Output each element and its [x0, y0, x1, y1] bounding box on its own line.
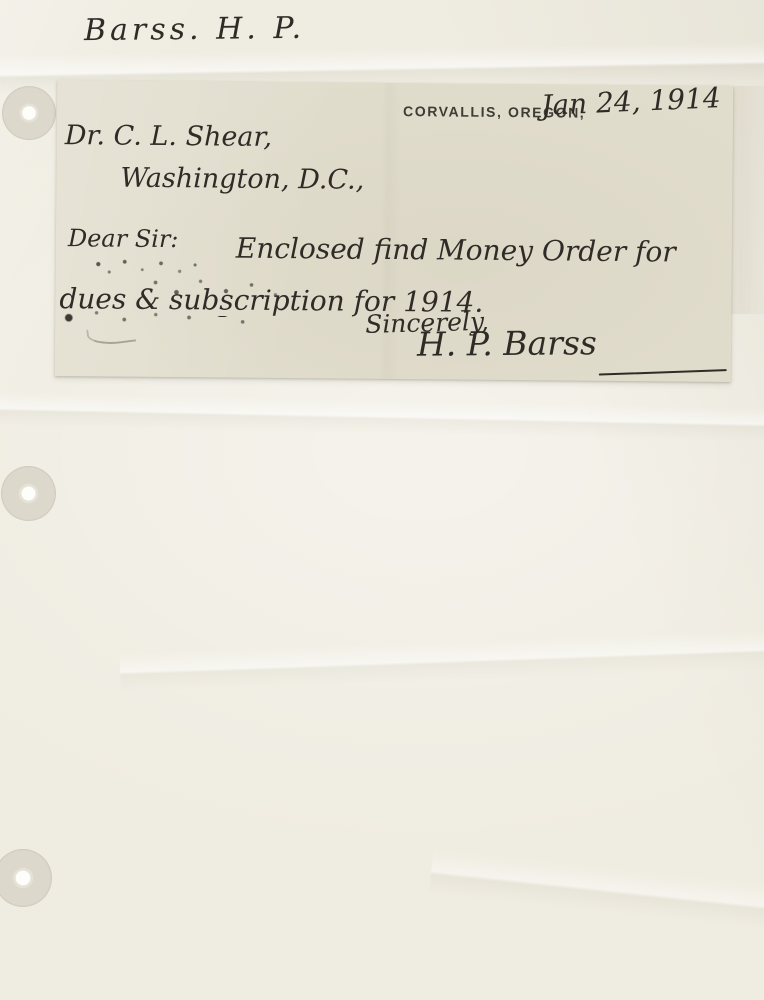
ink-spatter	[92, 252, 202, 279]
salutation: Dear Sir:	[68, 224, 179, 253]
album-index-label: Barss. H. P.	[84, 11, 305, 48]
hole-punch-reinforcement	[0, 849, 52, 907]
letter-date: Jan 24, 1914	[541, 81, 722, 122]
paper-crease	[429, 848, 764, 938]
body-line-1: Enclosed find Money Order for	[236, 232, 676, 269]
hole-punch-reinforcement	[2, 86, 56, 140]
scanned-album-page: Barss. H. P. CORVALLIS, OREGON, Jan 24, …	[0, 0, 764, 1000]
recipient-city: Washington, D.C.,	[120, 163, 364, 196]
pencil-mark	[86, 323, 136, 347]
recipient-name: Dr. C. L. Shear,	[65, 120, 272, 153]
paper-crease	[0, 391, 764, 442]
letter-clipping: CORVALLIS, OREGON, Jan 24, 1914 Dr. C. L…	[55, 80, 734, 382]
hole-punch-reinforcement	[1, 466, 56, 521]
signature-flourish-stroke	[599, 369, 727, 375]
paper-crease	[120, 628, 764, 692]
signature: H. P. Barss	[417, 323, 597, 364]
